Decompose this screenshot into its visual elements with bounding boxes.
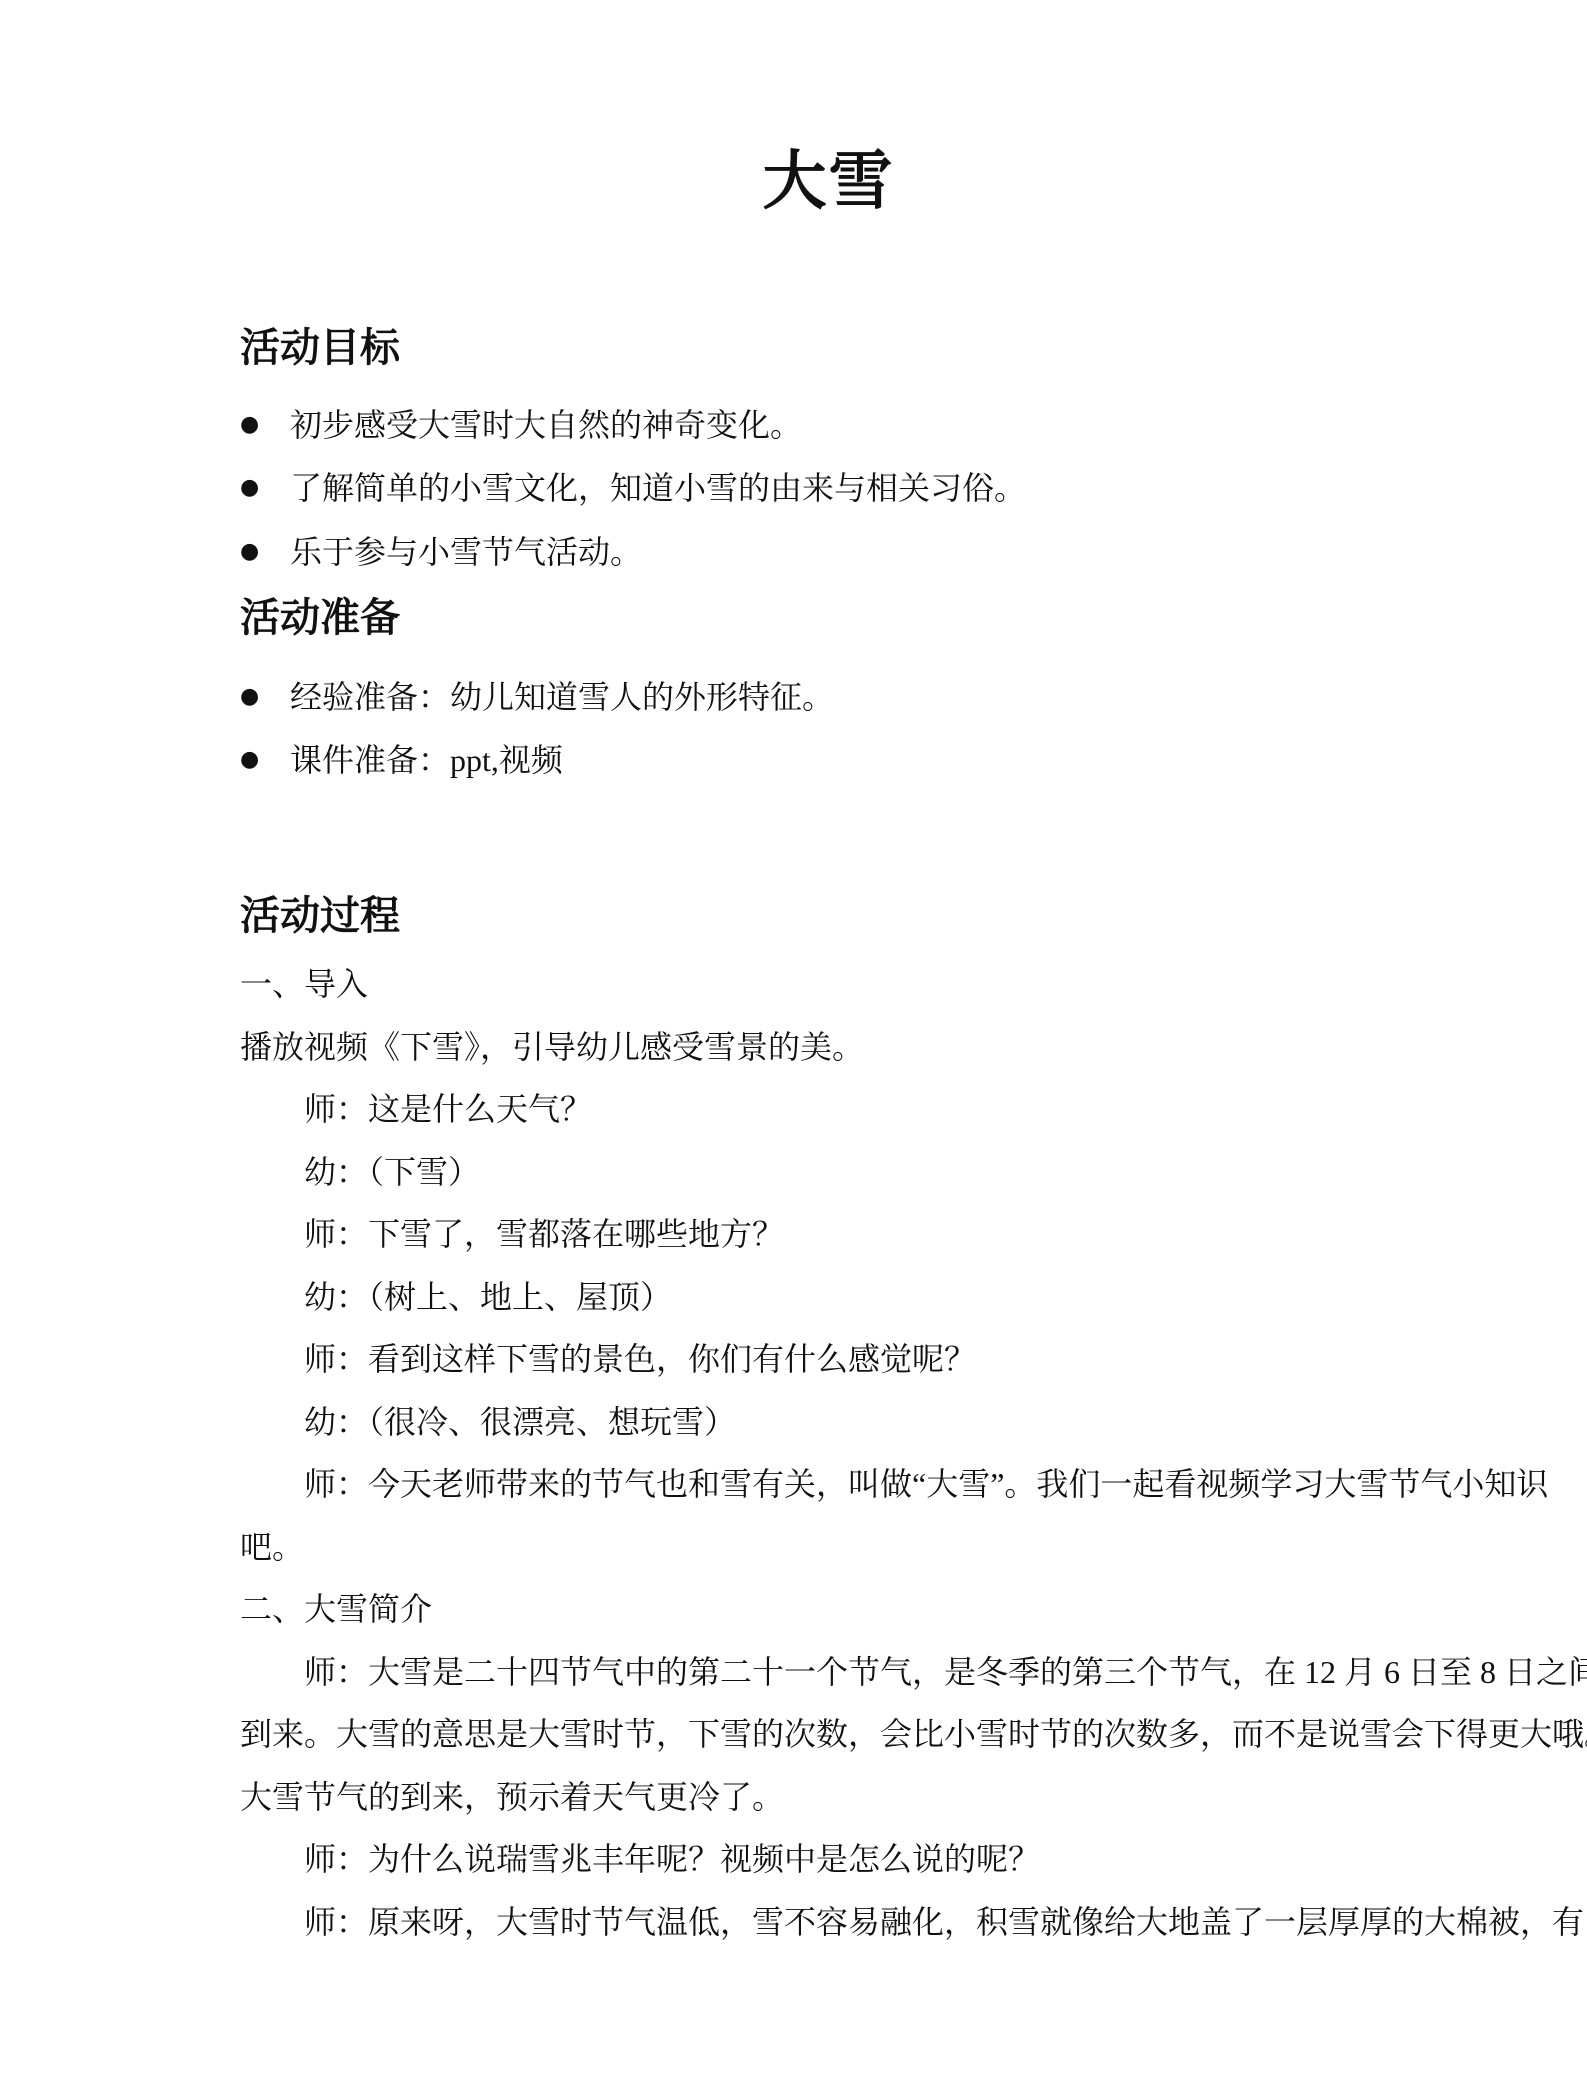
dialog-line: 师：这是什么天气？	[240, 1078, 1417, 1141]
dialog-line: 师：看到这样下雪的景色，你们有什么感觉呢？	[240, 1328, 1417, 1391]
dialog-line: 幼：（很冷、很漂亮、想玩雪）	[240, 1391, 1417, 1454]
section-heading-process: 活动过程	[240, 896, 400, 936]
list-item-text: 课件准备：ppt,视频	[290, 744, 563, 776]
list-item: ● 初步感受大雪时大自然的神奇变化。	[240, 393, 1417, 457]
document-page: 大雪 活动目标 ● 初步感受大雪时大自然的神奇变化。 ● 了解简单的小雪文化，知…	[0, 0, 1587, 2097]
prep-bullet-list: ● 经验准备：幼儿知道雪人的外形特征。 ● 课件准备：ppt,视频	[240, 665, 1417, 792]
list-item: ● 了解简单的小雪文化，知道小雪的由来与相关习俗。	[240, 457, 1417, 521]
document-content: 大雪 活动目标 ● 初步感受大雪时大自然的神奇变化。 ● 了解简单的小雪文化，知…	[240, 0, 1417, 2097]
dialog-line: 师：今天老师带来的节气也和雪有关，叫做“大雪”。我们一起看视频学习大雪节气小知识	[240, 1453, 1417, 1516]
paragraph-line: 播放视频《下雪》，引导幼儿感受雪景的美。	[240, 1016, 1417, 1079]
list-item-text: 乐于参与小雪节气活动。	[290, 536, 642, 568]
dialog-line: 师：为什么说瑞雪兆丰年呢？视频中是怎么说的呢？	[240, 1828, 1417, 1891]
page-title: 大雪	[240, 150, 1417, 214]
list-item: ● 乐于参与小雪节气活动。	[240, 520, 1417, 584]
goals-bullet-list: ● 初步感受大雪时大自然的神奇变化。 ● 了解简单的小雪文化，知道小雪的由来与相…	[240, 393, 1417, 584]
list-item-text: 初步感受大雪时大自然的神奇变化。	[290, 409, 802, 441]
dialog-line: 幼：（树上、地上、屋顶）	[240, 1266, 1417, 1329]
paragraph-line: 一、导入	[240, 953, 1417, 1016]
list-item: ● 经验准备：幼儿知道雪人的外形特征。	[240, 665, 1417, 729]
bullet-icon: ●	[240, 541, 290, 563]
section-heading-prep: 活动准备	[240, 598, 400, 638]
paragraph-line: 二、大雪简介	[240, 1578, 1417, 1641]
paragraph-line: 到来。大雪的意思是大雪时节，下雪的次数，会比小雪时节的次数多，而不是说雪会下得更…	[240, 1703, 1417, 1766]
bullet-icon: ●	[240, 414, 290, 436]
bullet-icon: ●	[240, 686, 290, 708]
bullet-icon: ●	[240, 749, 290, 771]
dialog-line: 师：下雪了，雪都落在哪些地方？	[240, 1203, 1417, 1266]
list-item: ● 课件准备：ppt,视频	[240, 729, 1417, 793]
paragraph-line: 大雪节气的到来，预示着天气更冷了。	[240, 1766, 1417, 1829]
section-heading-goals: 活动目标	[240, 328, 400, 368]
process-section-body: 一、导入 播放视频《下雪》，引导幼儿感受雪景的美。 师：这是什么天气？ 幼：（下…	[240, 953, 1417, 1953]
list-item-text: 了解简单的小雪文化，知道小雪的由来与相关习俗。	[290, 472, 1026, 504]
paragraph-line: 吧。	[240, 1516, 1417, 1579]
dialog-line: 幼：（下雪）	[240, 1141, 1417, 1204]
dialog-line: 师：大雪是二十四节气中的第二十一个节气，是冬季的第三个节气，在 12 月 6 日…	[240, 1641, 1417, 1704]
list-item-text: 经验准备：幼儿知道雪人的外形特征。	[290, 681, 834, 713]
bullet-icon: ●	[240, 477, 290, 499]
dialog-line: 师：原来呀，大雪时节气温低，雪不容易融化，积雪就像给大地盖了一层厚厚的大棉被，有	[240, 1891, 1417, 1954]
